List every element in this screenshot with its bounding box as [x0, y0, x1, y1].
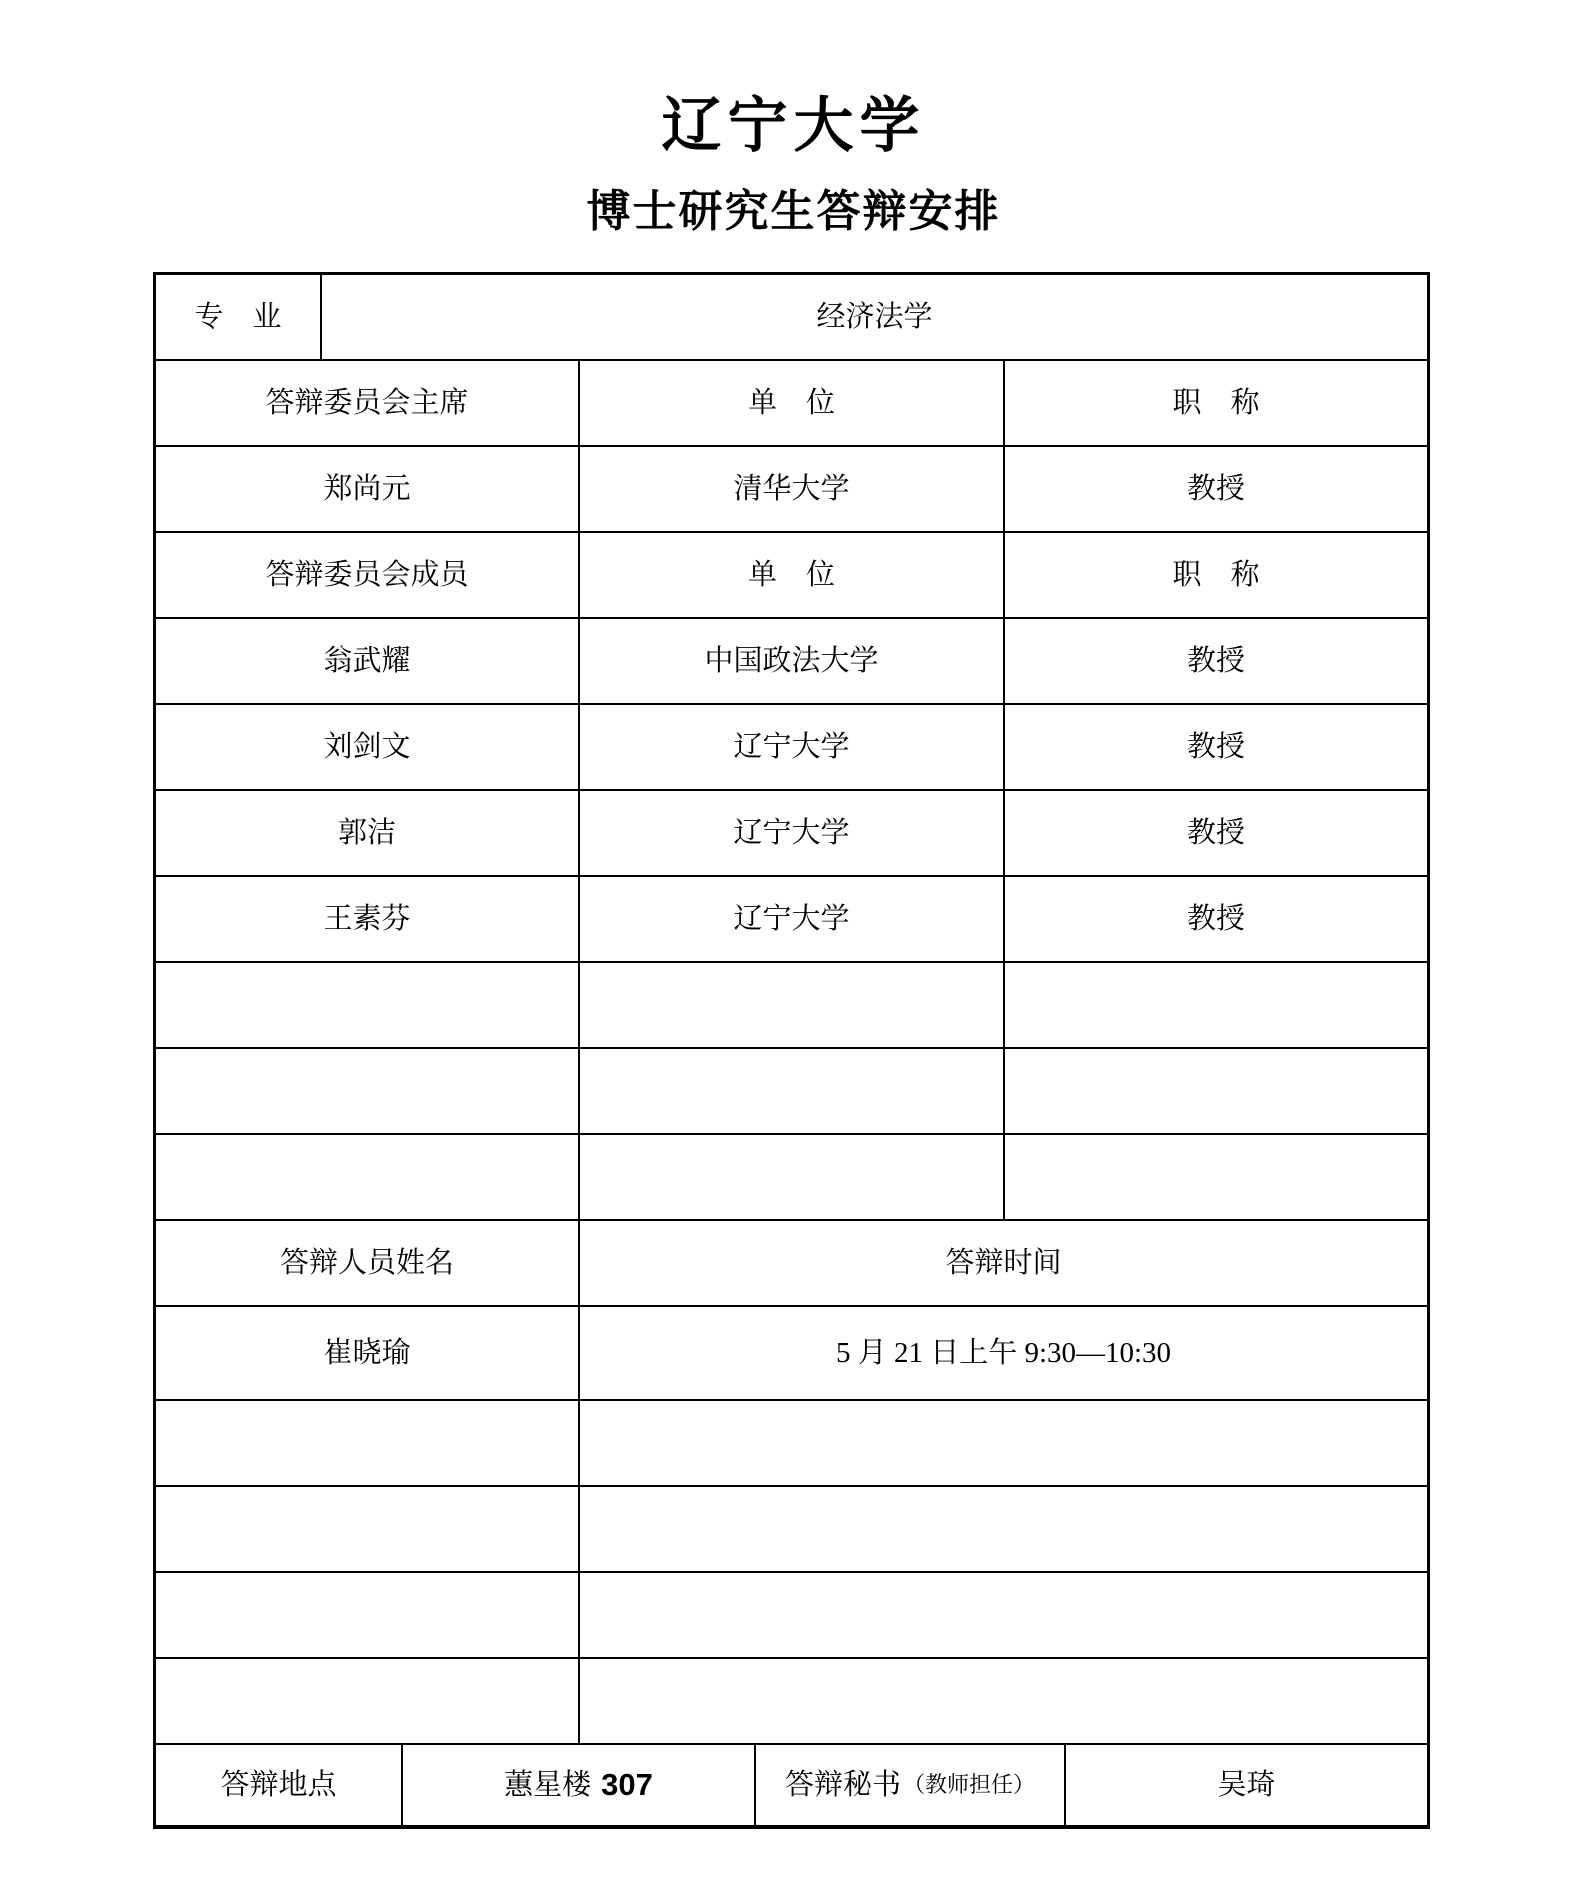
document-subtitle: 博士研究生答辩安排 — [0, 190, 1587, 234]
member-name-cell — [156, 1135, 580, 1219]
university-title: 辽宁大学 — [0, 96, 1587, 156]
member-row-empty — [156, 1135, 1427, 1221]
document-page: 辽宁大学 博士研究生答辩安排 专 业 经济法学 答辩委员会主席 单 位 职 称 … — [0, 0, 1587, 1896]
defense-row-empty — [156, 1573, 1427, 1659]
secretary-note: （教师担任） — [903, 1772, 1035, 1798]
location-label-cell: 答辩地点 — [156, 1745, 403, 1825]
defense-time-cell — [580, 1659, 1427, 1743]
defense-header-row: 答辩人员姓名 答辩时间 — [156, 1221, 1427, 1307]
member-name-cell — [156, 963, 580, 1047]
defense-arrangement-table: 专 业 经济法学 答辩委员会主席 单 位 职 称 郑尚元 清华大学 教授 答辩委… — [153, 272, 1430, 1829]
member-row: 王素芬 辽宁大学 教授 — [156, 877, 1427, 963]
member-name-cell: 翁武耀 — [156, 619, 580, 703]
member-rank-cell: 教授 — [1005, 791, 1427, 875]
chair-unit-cell: 清华大学 — [580, 447, 1005, 531]
chair-unit-header-cell: 单 位 — [580, 361, 1005, 445]
member-row: 翁武耀 中国政法大学 教授 — [156, 619, 1427, 705]
member-unit-cell: 辽宁大学 — [580, 705, 1005, 789]
member-name-cell: 王素芬 — [156, 877, 580, 961]
member-unit-cell: 辽宁大学 — [580, 791, 1005, 875]
chair-header-row: 答辩委员会主席 单 位 职 称 — [156, 361, 1427, 447]
member-row-empty — [156, 1049, 1427, 1135]
member-unit-cell — [580, 1135, 1005, 1219]
secretary-name-cell: 吴琦 — [1066, 1745, 1427, 1825]
secretary-label: 答辩秘书 — [785, 1768, 901, 1803]
member-name-cell: 刘剑文 — [156, 705, 580, 789]
chair-rank-cell: 教授 — [1005, 447, 1427, 531]
member-unit-cell: 中国政法大学 — [580, 619, 1005, 703]
member-unit-cell — [580, 1049, 1005, 1133]
defense-row-empty — [156, 1659, 1427, 1745]
member-unit-cell — [580, 963, 1005, 1047]
defense-time-header-cell: 答辩时间 — [580, 1221, 1427, 1305]
secretary-label-cell: 答辩秘书 （教师担任） — [756, 1745, 1066, 1825]
member-row-empty — [156, 963, 1427, 1049]
major-value-cell: 经济法学 — [322, 275, 1427, 359]
member-unit-cell: 辽宁大学 — [580, 877, 1005, 961]
chair-name-cell: 郑尚元 — [156, 447, 580, 531]
member-role-header-cell: 答辩委员会成员 — [156, 533, 580, 617]
member-rank-header-cell: 职 称 — [1005, 533, 1427, 617]
member-rank-cell — [1005, 1135, 1427, 1219]
defense-row-empty — [156, 1401, 1427, 1487]
footer-row: 答辩地点 蕙星楼 307 答辩秘书 （教师担任） 吴琦 — [156, 1745, 1427, 1825]
chair-role-header-cell: 答辩委员会主席 — [156, 361, 580, 445]
member-rank-cell: 教授 — [1005, 619, 1427, 703]
member-name-cell — [156, 1049, 580, 1133]
major-row: 专 业 经济法学 — [156, 275, 1427, 361]
candidate-name-cell — [156, 1401, 580, 1485]
location-room-number: 307 — [601, 1766, 653, 1803]
member-row: 刘剑文 辽宁大学 教授 — [156, 705, 1427, 791]
defense-name-header-cell: 答辩人员姓名 — [156, 1221, 580, 1305]
candidate-name-cell — [156, 1659, 580, 1743]
candidate-name-cell — [156, 1573, 580, 1657]
defense-time-cell — [580, 1573, 1427, 1657]
defense-time-cell — [580, 1487, 1427, 1571]
member-header-row: 答辩委员会成员 单 位 职 称 — [156, 533, 1427, 619]
chair-rank-header-cell: 职 称 — [1005, 361, 1427, 445]
member-unit-header-cell: 单 位 — [580, 533, 1005, 617]
chair-row: 郑尚元 清华大学 教授 — [156, 447, 1427, 533]
member-rank-cell: 教授 — [1005, 877, 1427, 961]
member-row: 郭洁 辽宁大学 教授 — [156, 791, 1427, 877]
location-value-cell: 蕙星楼 307 — [403, 1745, 756, 1825]
candidate-name-cell: 崔晓瑜 — [156, 1307, 580, 1399]
defense-row: 崔晓瑜 5 月 21 日上午 9:30—10:30 — [156, 1307, 1427, 1401]
candidate-name-cell — [156, 1487, 580, 1571]
defense-time-cell: 5 月 21 日上午 9:30—10:30 — [580, 1307, 1427, 1399]
member-rank-cell: 教授 — [1005, 705, 1427, 789]
defense-row-empty — [156, 1487, 1427, 1573]
member-rank-cell — [1005, 963, 1427, 1047]
location-building: 蕙星楼 — [504, 1768, 591, 1803]
major-label-cell: 专 业 — [156, 275, 322, 359]
member-rank-cell — [1005, 1049, 1427, 1133]
defense-time-cell — [580, 1401, 1427, 1485]
member-name-cell: 郭洁 — [156, 791, 580, 875]
